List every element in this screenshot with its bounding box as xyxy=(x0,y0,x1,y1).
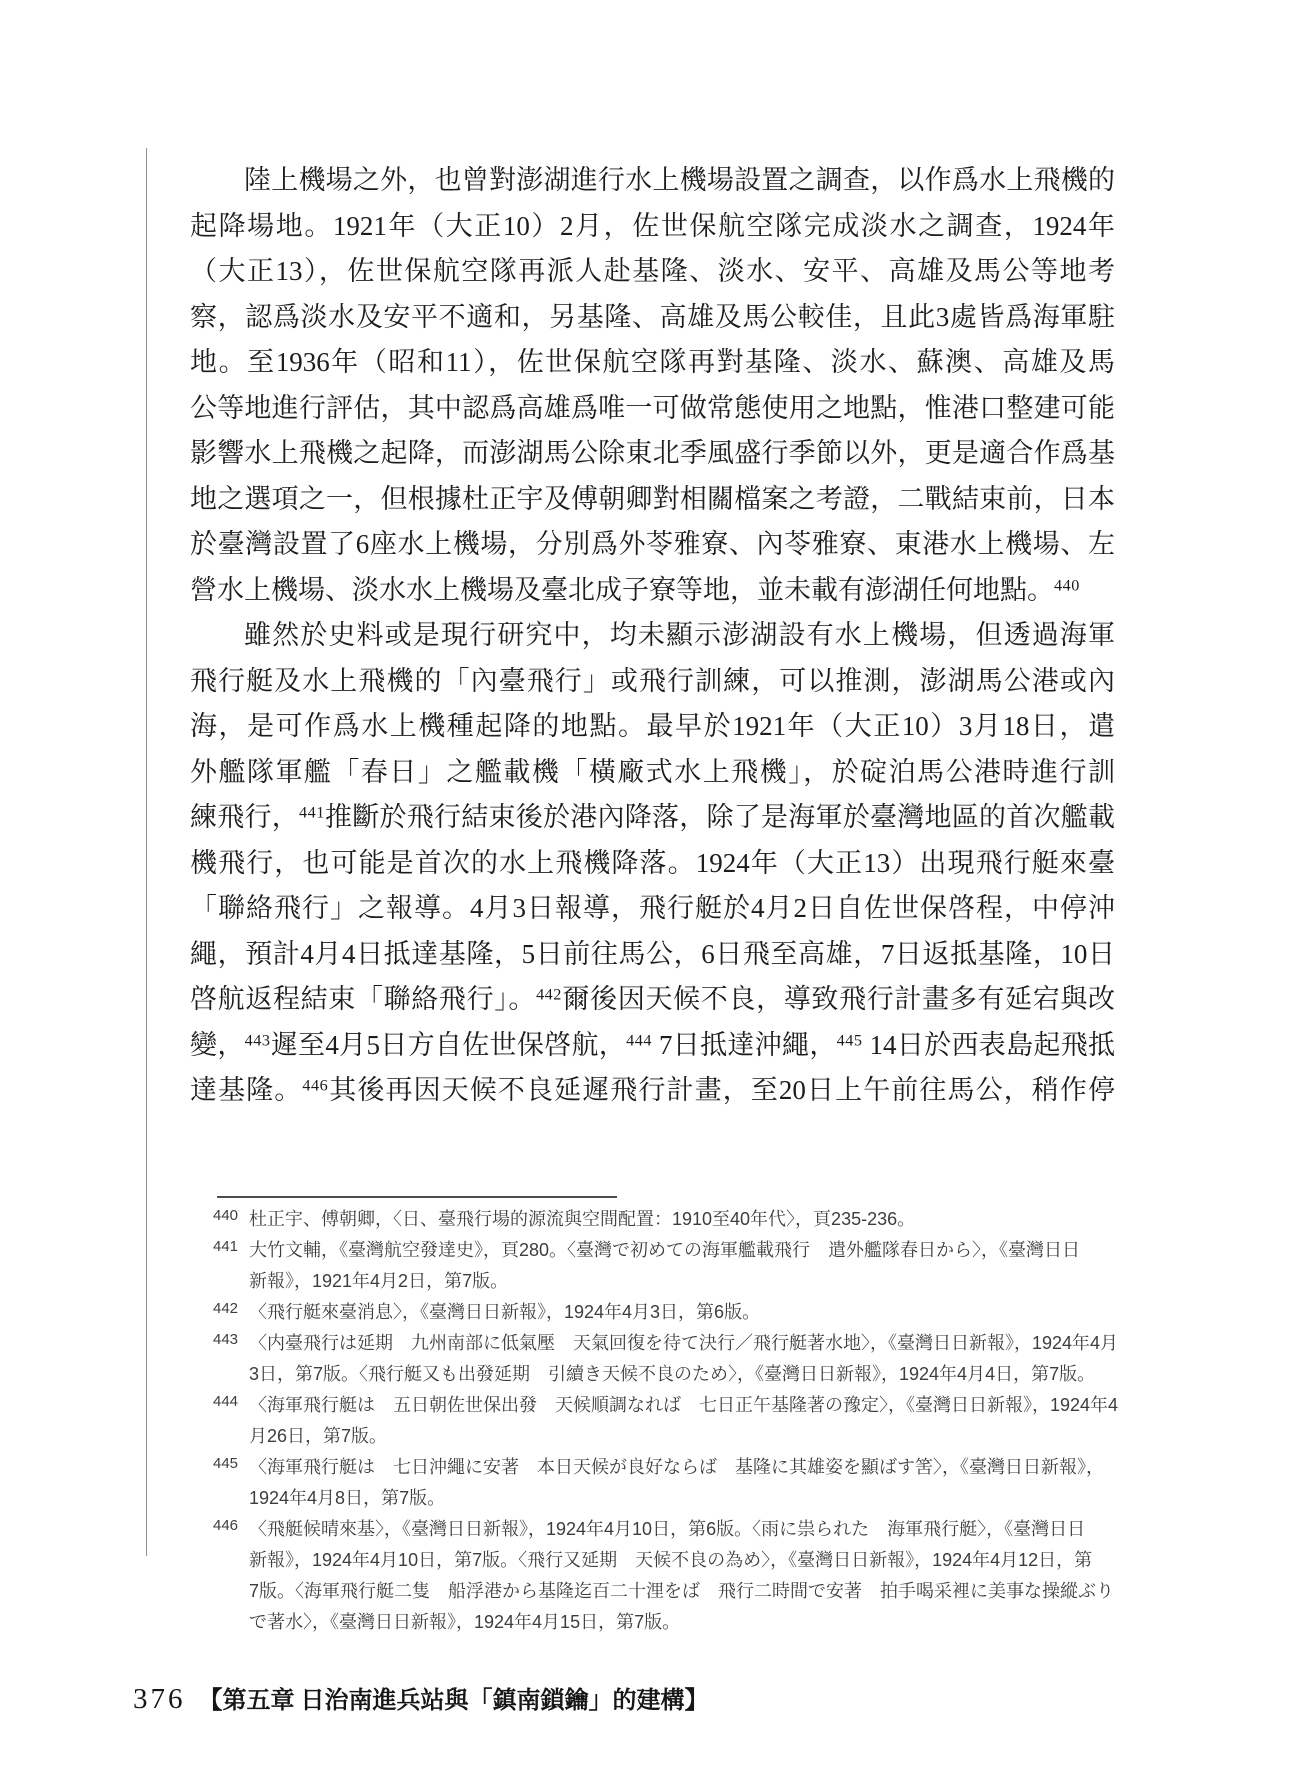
footnote-number: 440 xyxy=(213,1200,249,1231)
footnote-line: 〈海軍飛行艇は 七日沖繩に安著 本日天候が良好ならば 基隆に其雄姿を顯ばす筈〉，… xyxy=(249,1452,1131,1483)
footnote-line: 大竹文輔，《臺灣航空發達史》，頁280。〈臺灣で初めての海軍艦載飛行 遣外艦隊春… xyxy=(249,1235,1131,1266)
footnote-text: 〈飛艇候晴來基〉，《臺灣日日新報》，1924年4月10日，第6版。〈雨に祟られた… xyxy=(249,1514,1131,1638)
footnote: 441大竹文輔，《臺灣航空發達史》，頁280。〈臺灣で初めての海軍艦載飛行 遣外… xyxy=(213,1235,1131,1297)
footnote-line: 〈海軍飛行艇は 五日朝佐世保出發 天候順調なれば 七日正午基隆著の豫定〉，《臺灣… xyxy=(249,1390,1131,1421)
footnote-number: 445 xyxy=(213,1448,249,1479)
book-page: 陸上機場之外，也曾對澎湖進行水上機場設置之調查，以作爲水上飛機的起降場地。192… xyxy=(0,0,1300,1778)
footnote-ref: 443 xyxy=(245,1031,271,1049)
body-line: 於臺灣設置了6座水上機場，分別爲外苓雅寮、內苓雅寮、東港水上機場、左 xyxy=(190,522,1115,568)
footnote-line: 新報》，1924年4月10日，第7版。〈飛行又延期 天候不良の為め〉，《臺灣日日… xyxy=(249,1545,1131,1576)
body-line: 察，認爲淡水及安平不適和，另基隆、高雄及馬公較佳，且此3處皆爲海軍駐 xyxy=(190,295,1115,341)
footnote-line: 〈飛行艇來臺消息〉，《臺灣日日新報》，1924年4月3日，第6版。 xyxy=(249,1297,1131,1328)
body-line: 外艦隊軍艦「春日」之艦載機「橫廠式水上飛機」，於碇泊馬公港時進行訓 xyxy=(190,750,1115,796)
body-line: 繩，預計4月4日抵達基隆，5日前往馬公，6日飛至高雄，7日返抵基隆，10日 xyxy=(190,932,1115,978)
footnotes: 440杜正宇、傅朝卿，〈日、臺飛行場的源流與空間配置：1910至40年代〉，頁2… xyxy=(213,1204,1131,1638)
footnote-text: 杜正宇、傅朝卿，〈日、臺飛行場的源流與空間配置：1910至40年代〉，頁235-… xyxy=(249,1204,1131,1235)
body-line: 地之選項之一，但根據杜正宇及傅朝卿對相關檔案之考證，二戰結束前，日本 xyxy=(190,477,1115,523)
footnote-line: 3日，第7版。〈飛行艇又も出發延期 引續き天候不良のため〉，《臺灣日日新報》，1… xyxy=(249,1359,1131,1390)
body-line: 營水上機場、淡水水上機場及臺北成子寮等地，並未載有澎湖任何地點。440 xyxy=(190,568,1115,614)
body-line: （大正13），佐世保航空隊再派人赴基隆、淡水、安平、高雄及馬公等地考 xyxy=(190,249,1115,295)
footnote-ref: 445 xyxy=(837,1031,863,1049)
footnote: 446〈飛艇候晴來基〉，《臺灣日日新報》，1924年4月10日，第6版。〈雨に祟… xyxy=(213,1514,1131,1638)
footnote-line: 月26日，第7版。 xyxy=(249,1421,1131,1452)
footnote-line: 〈内臺飛行は延期 九州南部に低氣壓 天氣回復を待て決行／飛行艇著水地〉，《臺灣日… xyxy=(249,1328,1131,1359)
body-line: 影響水上飛機之起降，而澎湖馬公除東北季風盛行季節以外，更是適合作爲基 xyxy=(190,431,1115,477)
body-text: 陸上機場之外，也曾對澎湖進行水上機場設置之調查，以作爲水上飛機的起降場地。192… xyxy=(190,158,1115,1114)
body-line: 變，443遲至4月5日方自佐世保啓航，444 7日抵達沖繩，445 14日於西表… xyxy=(190,1023,1115,1069)
footnote-number: 441 xyxy=(213,1231,249,1262)
footnote-number: 446 xyxy=(213,1510,249,1541)
body-line: 「聯絡飛行」之報導。4月3日報導，飛行艇於4月2日自佐世保啓程，中停沖 xyxy=(190,886,1115,932)
footnote-text: 大竹文輔，《臺灣航空發達史》，頁280。〈臺灣で初めての海軍艦載飛行 遣外艦隊春… xyxy=(249,1235,1131,1297)
footnote: 445〈海軍飛行艇は 七日沖繩に安著 本日天候が良好ならば 基隆に其雄姿を顯ばす… xyxy=(213,1452,1131,1514)
footnote-text: 〈内臺飛行は延期 九州南部に低氣壓 天氣回復を待て決行／飛行艇著水地〉，《臺灣日… xyxy=(249,1328,1131,1390)
body-line: 達基隆。446其後再因天候不良延遲飛行計畫，至20日上午前往馬公，稍作停 xyxy=(190,1068,1115,1114)
footnote-separator xyxy=(217,1196,617,1198)
body-line: 練飛行，441推斷於飛行結束後於港內降落，除了是海軍於臺灣地區的首次艦載 xyxy=(190,795,1115,841)
footnote-line: 1924年4月8日，第7版。 xyxy=(249,1483,1131,1514)
left-margin-rule xyxy=(146,148,147,1556)
body-line: 啓航返程結束「聯絡飛行」。442爾後因天候不良，導致飛行計畫多有延宕與改 xyxy=(190,977,1115,1023)
body-line: 公等地進行評估，其中認爲高雄爲唯一可做常態使用之地點，惟港口整建可能 xyxy=(190,386,1115,432)
footnote-line: で著水〉，《臺灣日日新報》，1924年4月15日，第7版。 xyxy=(249,1607,1131,1638)
body-line: 機飛行，也可能是首次的水上飛機降落。1924年（大正13）出現飛行艇來臺 xyxy=(190,841,1115,887)
body-line: 海，是可作爲水上機種起降的地點。最早於1921年（大正10）3月18日，遣 xyxy=(190,704,1115,750)
footnote-text: 〈海軍飛行艇は 七日沖繩に安著 本日天候が良好ならば 基隆に其雄姿を顯ばす筈〉，… xyxy=(249,1452,1131,1514)
footnote-line: 〈飛艇候晴來基〉，《臺灣日日新報》，1924年4月10日，第6版。〈雨に祟られた… xyxy=(249,1514,1131,1545)
body-line: 地。至1936年（昭和11），佐世保航空隊再對基隆、淡水、蘇澳、高雄及馬 xyxy=(190,340,1115,386)
footnote-ref: 440 xyxy=(1054,576,1080,594)
footnote-line: 杜正宇、傅朝卿，〈日、臺飛行場的源流與空間配置：1910至40年代〉，頁235-… xyxy=(249,1204,1131,1235)
body-line: 飛行艇及水上飛機的「內臺飛行」或飛行訓練，可以推測，澎湖馬公港或內 xyxy=(190,659,1115,705)
footnote-ref: 446 xyxy=(302,1077,328,1095)
footnote-ref: 444 xyxy=(626,1031,652,1049)
footnote-number: 442 xyxy=(213,1293,249,1324)
chapter-title: 【第五章 日治南進兵站與「鎮南鎖鑰」的建構】 xyxy=(199,1680,709,1715)
footnote-number: 443 xyxy=(213,1324,249,1355)
footnote: 443〈内臺飛行は延期 九州南部に低氣壓 天氣回復を待て決行／飛行艇著水地〉，《… xyxy=(213,1328,1131,1390)
body-line: 陸上機場之外，也曾對澎湖進行水上機場設置之調查，以作爲水上飛機的 xyxy=(190,158,1115,204)
footnote: 442〈飛行艇來臺消息〉，《臺灣日日新報》，1924年4月3日，第6版。 xyxy=(213,1297,1131,1328)
footnote: 440杜正宇、傅朝卿，〈日、臺飛行場的源流與空間配置：1910至40年代〉，頁2… xyxy=(213,1204,1131,1235)
body-line: 起降場地。1921年（大正10）2月，佐世保航空隊完成淡水之調查，1924年 xyxy=(190,204,1115,250)
page-number: 376 xyxy=(133,1683,186,1716)
footnote-text: 〈海軍飛行艇は 五日朝佐世保出發 天候順調なれば 七日正午基隆著の豫定〉，《臺灣… xyxy=(249,1390,1131,1452)
footnote-line: 新報》，1921年4月2日，第7版。 xyxy=(249,1266,1131,1297)
footnote-ref: 441 xyxy=(299,804,325,822)
footnote-text: 〈飛行艇來臺消息〉，《臺灣日日新報》，1924年4月3日，第6版。 xyxy=(249,1297,1131,1328)
footnote-number: 444 xyxy=(213,1386,249,1417)
body-line: 雖然於史料或是現行研究中，均未顯示澎湖設有水上機場，但透過海軍 xyxy=(190,613,1115,659)
footnote-ref: 442 xyxy=(536,986,562,1004)
footnote-line: 7版。〈海軍飛行艇二隻 船浮港から基隆迄百二十浬をば 飛行二時間で安著 拍手喝采… xyxy=(249,1576,1131,1607)
footnote: 444〈海軍飛行艇は 五日朝佐世保出發 天候順調なれば 七日正午基隆著の豫定〉，… xyxy=(213,1390,1131,1452)
page-footer: 376 【第五章 日治南進兵站與「鎮南鎖鑰」的建構】 xyxy=(133,1680,709,1716)
